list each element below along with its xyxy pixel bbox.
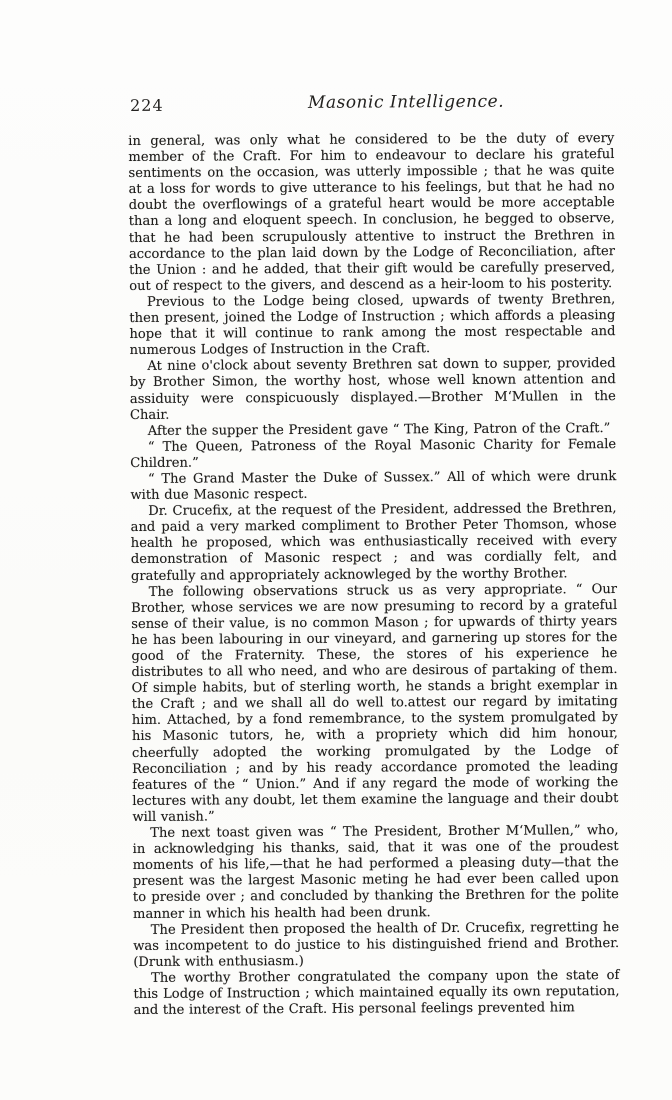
page-sheet: 224 Masonic Intelligence. in general, wa…: [128, 91, 620, 1019]
body-paragraph: Previous to the Lodge being closed, upwa…: [129, 292, 615, 359]
body-paragraph: The worthy Brother congratulated the com…: [133, 968, 619, 1019]
body-paragraph: The following observations struck us as …: [131, 582, 618, 826]
body-paragraph: The President then proposed the health o…: [133, 920, 619, 971]
page-header: 224 Masonic Intelligence.: [128, 91, 614, 124]
body-paragraph: Dr. Crucefix, at the request of the Pres…: [131, 501, 617, 584]
page-body: in general, was only what he considered …: [128, 131, 619, 1019]
body-paragraph: “ The Grand Master the Duke of Sussex.” …: [130, 469, 616, 504]
body-paragraph: The next toast given was “ The President…: [132, 823, 619, 923]
page-title: Masonic Intelligence.: [128, 91, 614, 114]
body-paragraph: “ The Queen, Patroness of the Royal Maso…: [130, 437, 616, 472]
scanned-page: 224 Masonic Intelligence. in general, wa…: [0, 0, 672, 1100]
body-paragraph: in general, was only what he considered …: [128, 131, 615, 295]
body-paragraph: At nine o'clock about seventy Brethren s…: [130, 356, 616, 423]
